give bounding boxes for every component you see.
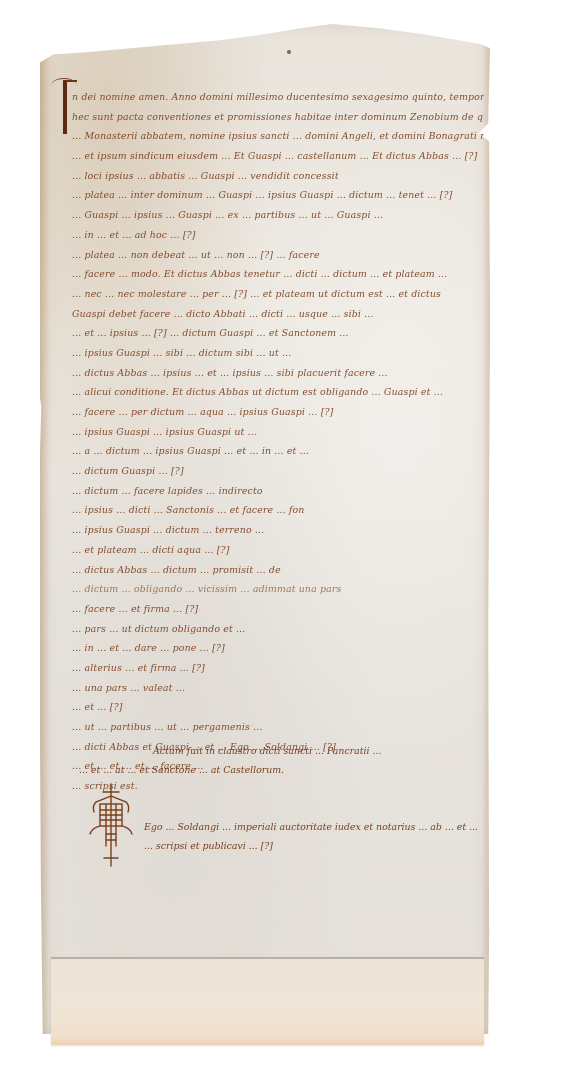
text-line: ... ipsius ... dicti ... Sanctonis ... e… xyxy=(72,501,484,521)
text-line: ... dictum ... facere lapides ... indire… xyxy=(72,482,484,502)
witnesses-line: ... et ... at ... et Sanctone ... at Cas… xyxy=(79,761,489,780)
text-line: ... Guaspi ... ipsius ... Guaspi ... ex … xyxy=(72,206,484,226)
text-line: ... alicui conditione. Et dictus Abbas u… xyxy=(72,383,484,403)
text-line: ... dictum ... obligando ... vicissim ..… xyxy=(72,580,484,600)
text-line: ... Monasterii abbatem, nomine ipsius sa… xyxy=(72,127,484,147)
text-line: ... platea ... non debeat ... ut ... non… xyxy=(72,246,484,266)
text-line: ... facere ... per dictum ... aqua ... i… xyxy=(72,403,484,423)
witness-clause: Actum fuit in claustro dicti sancti ... … xyxy=(79,742,489,780)
text-line: ... et ipsum sindicum eiusdem ... Et Gua… xyxy=(72,147,484,167)
text-line: ... dictus Abbas ... ipsius ... et ... i… xyxy=(72,364,484,384)
text-line: Guaspi debet facere ... dicto Abbati ...… xyxy=(72,305,484,325)
text-line: ... facere ... modo. Et dictus Abbas ten… xyxy=(72,265,484,285)
text-line: ... dictum Guaspi ... [?] xyxy=(72,462,484,482)
text-line: ... a ... dictum ... ipsius Guaspi ... e… xyxy=(72,442,484,462)
charter-body-text: n dei nomine amen. Anno domini millesimo… xyxy=(72,88,484,797)
notary-subscription: Ego ... Soldangi ... imperiali auctorita… xyxy=(144,818,504,856)
text-line: ... pars ... ut dictum obligando et ... xyxy=(72,620,484,640)
notarial-signum-icon xyxy=(86,782,136,868)
text-line: ... una pars ... valeat ... xyxy=(72,679,484,699)
notary-line: Ego ... Soldangi ... imperiali auctorita… xyxy=(144,818,504,837)
text-line: ... ipsius Guaspi ... sibi ... dictum si… xyxy=(72,344,484,364)
text-line: ... et plateam ... dicti aqua ... [?] xyxy=(72,541,484,561)
text-line: ... nec ... nec molestare ... per ... [?… xyxy=(72,285,484,305)
page-background: n dei nomine amen. Anno domini millesimo… xyxy=(0,0,580,1071)
text-line: ... et ... ipsius ... [?] ... dictum Gua… xyxy=(72,324,484,344)
text-line: ... loci ipsius ... abbatis ... Guaspi .… xyxy=(72,167,484,187)
folded-plica-strip xyxy=(51,957,484,1045)
text-line: ... ipsius Guaspi ... dictum ... terreno… xyxy=(72,521,484,541)
text-line: ... ipsius Guaspi ... ipsius Guaspi ut .… xyxy=(72,423,484,443)
actum-line: Actum fuit in claustro dicti sancti ... … xyxy=(79,742,489,761)
text-line: ... in ... et ... dare ... pone ... [?] xyxy=(72,639,484,659)
text-line: ... et ... [?] xyxy=(72,698,484,718)
text-line: n dei nomine amen. Anno domini millesimo… xyxy=(72,88,484,108)
text-line: ... in ... et ... ad hoc ... [?] xyxy=(72,226,484,246)
notary-line: ... scripsi et publicavi ... [?] xyxy=(144,837,504,856)
text-line: hec sunt pacta conventiones et promissio… xyxy=(72,108,484,128)
text-line: ... ut ... partibus ... ut ... pergameni… xyxy=(72,718,484,738)
ink-dot-mark xyxy=(287,50,291,54)
text-line: ... platea ... inter dominum ... Guaspi … xyxy=(72,186,484,206)
text-line: ... alterius ... et firma ... [?] xyxy=(72,659,484,679)
text-line: ... dictus Abbas ... dictum ... promisit… xyxy=(72,561,484,581)
text-line: ... facere ... et firma ... [?] xyxy=(72,600,484,620)
